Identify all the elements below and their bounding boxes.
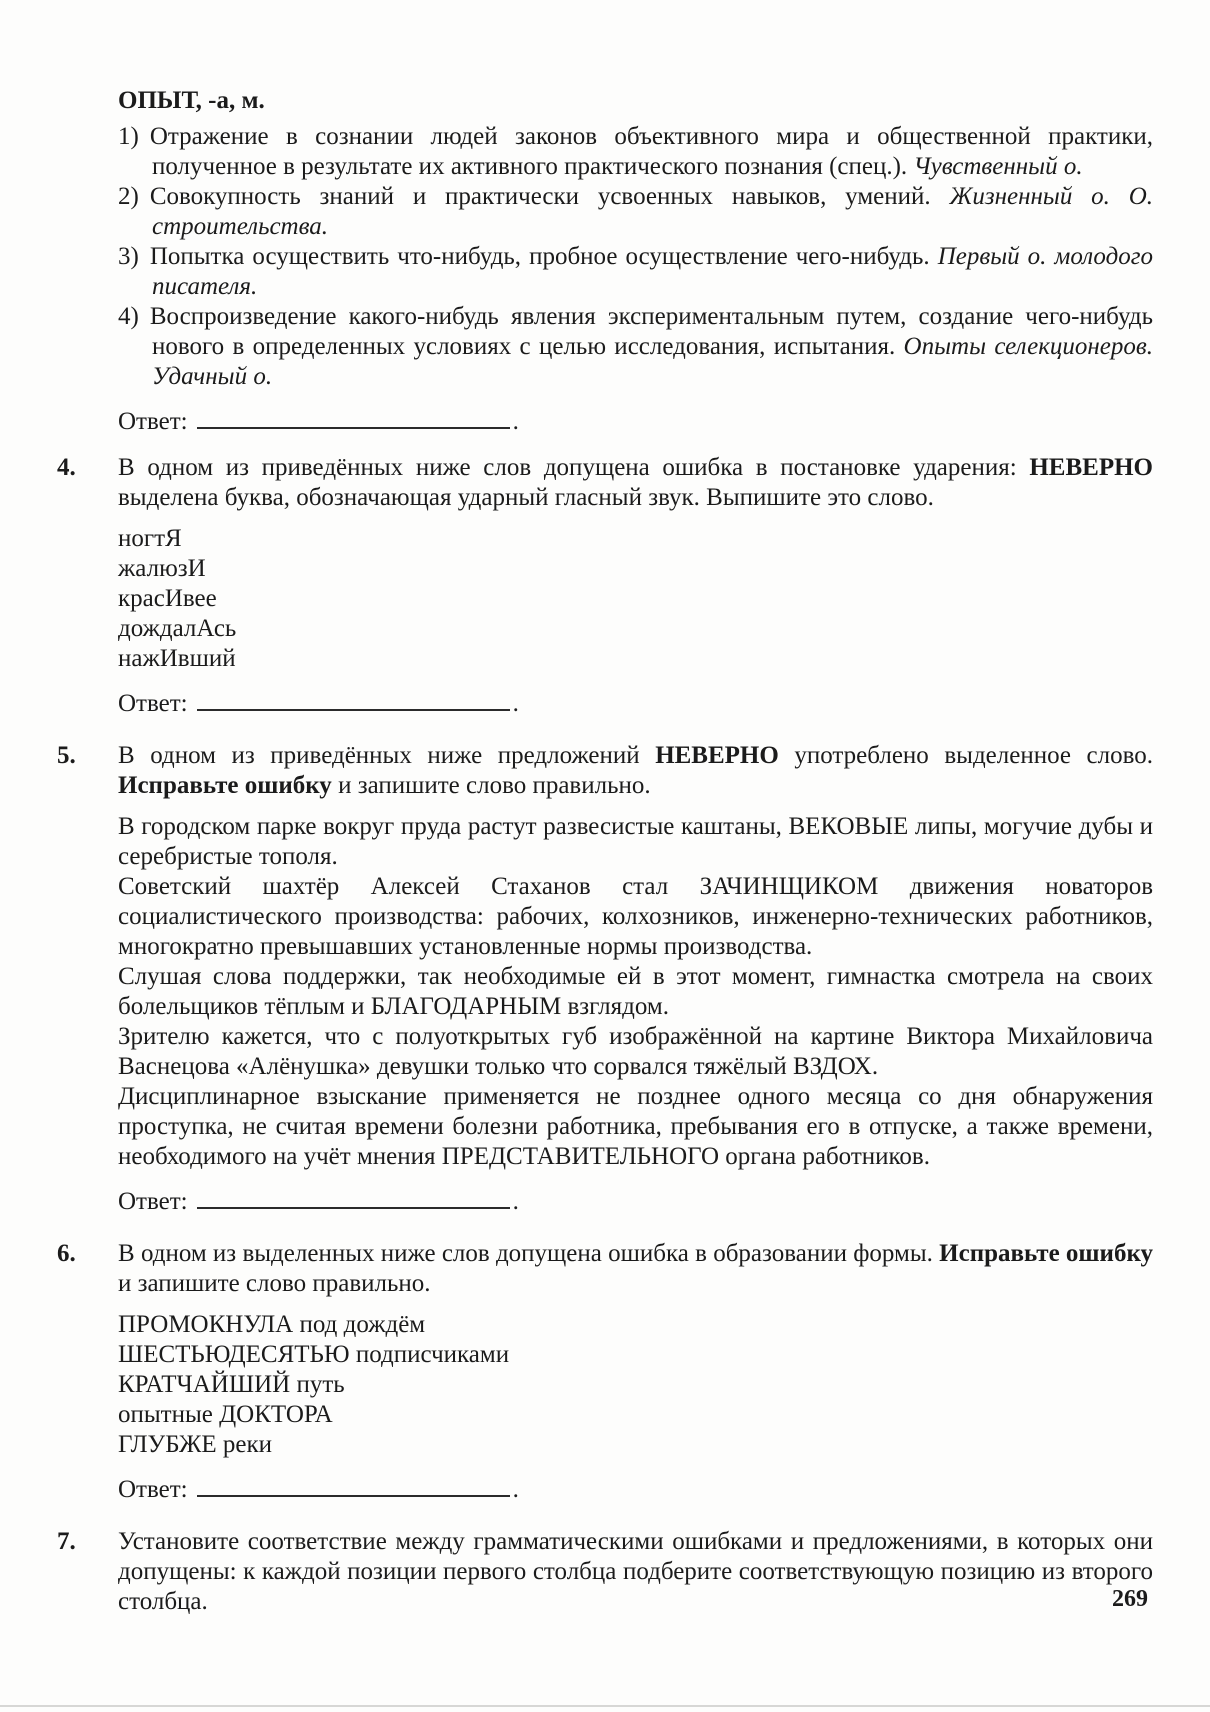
word-list-item: ГЛУБЖЕ реки [118, 1430, 1153, 1460]
answer-label: Ответ: [118, 1476, 188, 1503]
answer-row: Ответ:. [118, 685, 1153, 719]
word-list-item: жалюзИ [118, 554, 1153, 584]
text-segment: НЕВЕРНО [655, 742, 779, 769]
answer-blank-line [197, 1471, 510, 1497]
question-5: 5. В одном из приведённых ниже предложен… [57, 741, 1153, 1223]
sense-number: 3) [118, 243, 139, 270]
word-list-item: нажИвший [118, 644, 1153, 674]
sense-number: 1) [118, 123, 139, 150]
page-content: ОПЫТ, -а, м. 1)Отражение в сознании люде… [57, 86, 1153, 1617]
question-number: 6. [57, 1239, 118, 1511]
sentence-paragraph: Зрителю кажется, что с полуоткрытых губ … [118, 1022, 1153, 1082]
word-list-item: ПРОМОКНУЛА под дождём [118, 1310, 1153, 1340]
question-body: Установите соответствие между грамматиче… [118, 1527, 1153, 1617]
dictionary-sense-3: 3)Попытка осуществить что-нибудь, пробно… [118, 242, 1153, 302]
text-segment: употреблено выделенное слово. [779, 742, 1153, 769]
sentence-paragraph: В городском парке вокруг пруда растут ра… [118, 812, 1153, 872]
stress-word-list: ногтЯжалюзИкрасИвеедождалАсьнажИвший [118, 524, 1153, 674]
text-segment: и запишите слово правильно. [332, 772, 651, 799]
answer-blank-line [197, 685, 510, 711]
sense-number: 4) [118, 303, 139, 330]
answer-blank-line [197, 403, 510, 429]
question-prompt: В одном из приведённых ниже предложений … [118, 741, 1153, 801]
dictionary-sense-1: 1)Отражение в сознании людей законов объ… [118, 122, 1153, 182]
question-6: 6. В одном из выделенных ниже слов допущ… [57, 1239, 1153, 1511]
sense-text: Отражение в сознании людей законов объек… [150, 123, 1153, 180]
text-segment: Исправьте ошибку [939, 1240, 1153, 1267]
question-body: В одном из приведённых ниже слов допущен… [118, 453, 1153, 725]
answer-label: Ответ: [118, 1188, 188, 1215]
answer-row: Ответ:. [118, 1183, 1153, 1217]
text-segment: В одном из приведённых ниже предложений [118, 742, 655, 769]
sentence-paragraphs: В городском парке вокруг пруда растут ра… [118, 812, 1153, 1172]
sense-text: Воспроизведение какого-нибудь явления эк… [150, 303, 1153, 390]
answer-blank-line [197, 1183, 510, 1209]
text-segment: Попытка осуществить что-нибудь, пробное … [150, 243, 938, 270]
word-list-item: красИвее [118, 584, 1153, 614]
question-7: 7. Установите соответствие между граммат… [57, 1527, 1153, 1617]
text-segment: выделена буква, обозначающая ударный гла… [118, 484, 934, 511]
word-list-item: ШЕСТЬЮДЕСЯТЬЮ подписчиками [118, 1340, 1153, 1370]
answer-row: Ответ:. [118, 403, 1153, 437]
scan-edge-line [0, 1705, 1210, 1707]
text-segment: Установите соответствие между грамматиче… [118, 1528, 1153, 1615]
sentence-paragraph: Слушая слова поддержки, так необходимые … [118, 962, 1153, 1022]
answer-period: . [513, 690, 519, 717]
word-list-item: опытные ДОКТОРА [118, 1400, 1153, 1430]
text-segment: и запишите слово правильно. [118, 1270, 431, 1297]
question-body: В одном из выделенных ниже слов допущена… [118, 1239, 1153, 1511]
sense-text: Попытка осуществить что-нибудь, пробное … [150, 243, 1153, 300]
question-number: 5. [57, 741, 118, 1223]
word-list-item: дождалАсь [118, 614, 1153, 644]
text-segment: В одном из выделенных ниже слов допущена… [118, 1240, 939, 1267]
sense-number: 2) [118, 183, 139, 210]
dictionary-entry: ОПЫТ, -а, м. 1)Отражение в сознании люде… [57, 86, 1153, 437]
question-4: 4. В одном из приведённых ниже слов допу… [57, 453, 1153, 725]
sentence-paragraph: Дисциплинарное взыскание применяется не … [118, 1082, 1153, 1172]
answer-period: . [513, 1476, 519, 1503]
answer-label: Ответ: [118, 408, 188, 435]
question-prompt: В одном из приведённых ниже слов допущен… [118, 453, 1153, 513]
dictionary-sense-4: 4)Воспроизведение какого-нибудь явления … [118, 302, 1153, 392]
scanned-textbook-page: ОПЫТ, -а, м. 1)Отражение в сознании люде… [0, 0, 1210, 1712]
answer-period: . [513, 1188, 519, 1215]
answer-row: Ответ:. [118, 1471, 1153, 1505]
question-prompt: Установите соответствие между грамматиче… [118, 1527, 1153, 1617]
word-list-item: ногтЯ [118, 524, 1153, 554]
text-segment: В одном из приведённых ниже слов допущен… [118, 454, 1029, 481]
question-number: 4. [57, 453, 118, 725]
text-segment: Чувственный о. [913, 153, 1082, 180]
answer-period: . [513, 408, 519, 435]
text-segment: Исправьте ошибку [118, 772, 332, 799]
word-form-list: ПРОМОКНУЛА под дождёмШЕСТЬЮДЕСЯТЬЮ подпи… [118, 1310, 1153, 1460]
dictionary-sense-2: 2)Совокупность знаний и практически усво… [118, 182, 1153, 242]
answer-label: Ответ: [118, 690, 188, 717]
page-number: 269 [1112, 1586, 1148, 1613]
question-number: 7. [57, 1527, 118, 1617]
question-body: В одном из приведённых ниже предложений … [118, 741, 1153, 1223]
word-list-item: КРАТЧАЙШИЙ путь [118, 1370, 1153, 1400]
sense-text: Совокупность знаний и практически усвоен… [150, 183, 1153, 240]
question-prompt: В одном из выделенных ниже слов допущена… [118, 1239, 1153, 1299]
dictionary-headword: ОПЫТ, -а, м. [118, 86, 1153, 116]
text-segment: НЕВЕРНО [1029, 454, 1153, 481]
text-segment: Совокупность знаний и практически усвоен… [150, 183, 950, 210]
sentence-paragraph: Советский шахтёр Алексей Стаханов стал З… [118, 872, 1153, 962]
